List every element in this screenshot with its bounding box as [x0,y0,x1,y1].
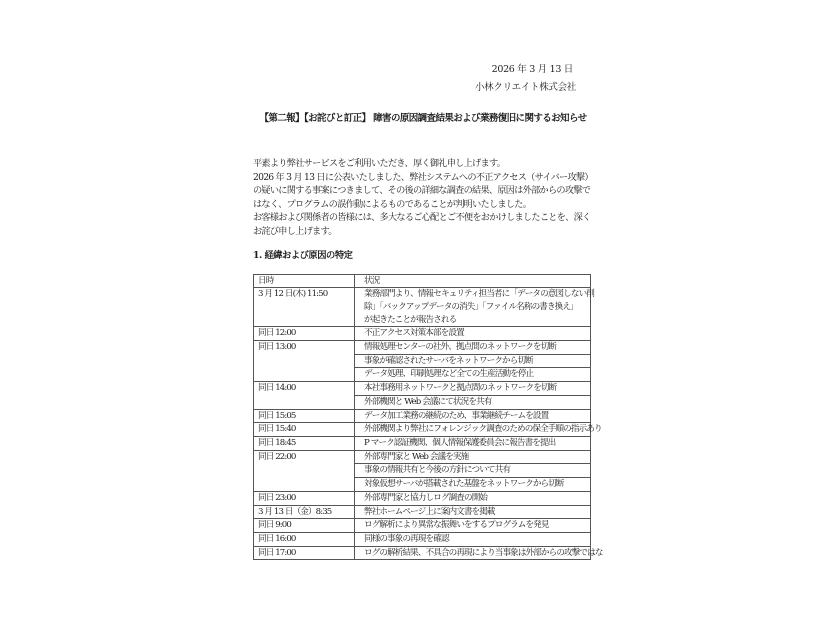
document-page: 2026 年 3 月 13 日 小林クリエイト株式会社 【第二報】【お詫びと訂正… [0,0,826,620]
body-line: お詫び申し上げます。 [253,225,593,239]
status-cell: 情報処理センターの社外、拠点間のネットワークを切断 [355,341,591,355]
body-paragraph: 平素より弊社サービスをご利用いただき、厚く御礼申し上げます。 2026 年 3 … [253,157,593,239]
body-line: 平素より弊社サービスをご利用いただき、厚く御礼申し上げます。 [253,157,593,171]
time-cell: 同日 15:40 [254,423,355,437]
status-line: 業務部門より、情報セキュリティ担当者に「データの意図しない削 [364,288,588,301]
table-row: 同日 15:05データ加工業務の継続のため、事業継続チームを設置 [254,409,591,423]
table-row: 同日 14:00本社事務用ネットワークと拠点間のネットワークを切断 [254,382,591,396]
time-cell: 同日 23:00 [254,491,355,505]
header-cell-datetime: 日時 [254,274,355,288]
time-cell: 同日 15:05 [254,409,355,423]
time-cell: 同日 16:00 [254,532,355,546]
table-row: 同日 12:00不正アクセス対策本部を設置 [254,327,591,341]
table-row: 3 月 13 日（金）8:35弊社ホームページ上に案内文書を掲載 [254,505,591,519]
timeline-table: 日時 状況 3 月 12 日(木) 11:50業務部門より、情報セキュリティ担当… [253,274,591,561]
body-line: お客様および関係者の皆様には、多大なるご心配とご不便をおかけしましたことを、深く [253,211,593,225]
document-date: 2026 年 3 月 13 日 [253,0,593,79]
time-cell: 同日 9:00 [254,519,355,533]
time-cell: 同日 13:00 [254,341,355,382]
status-cell: P マーク認証機関、個人情報保護委員会に報告書を提出 [355,437,591,451]
table-row: 同日 22:00外部専門家と Web 会議を実施 [254,450,591,464]
status-cell: 外部専門家と協力しログ調査の開始 [355,491,591,505]
table-row: 同日 18:45P マーク認証機関、個人情報保護委員会に報告書を提出 [254,437,591,451]
section-heading: 1. 経緯および原因の特定 [253,247,593,261]
table-row: 同日 17:00ログの解析結果、不具合の再現により当事象は外部からの攻撃ではな [254,546,591,560]
status-cell: 外部機関と Web 会議にて状況を共有 [355,395,591,409]
time-cell: 同日 22:00 [254,450,355,491]
document-title: 【第二報】【お詫びと訂正】 障害の原因調査結果および業務復旧に関するお知らせ [253,110,593,124]
status-cell: ログ解析により異常な振舞いをするプログラムを発見 [355,519,591,533]
status-cell: 事象が確認されたサーバをネットワークから切断 [355,354,591,368]
time-cell: 同日 12:00 [254,327,355,341]
status-cell: 外部機関より弊社にフォレンジック調査のための保全手順の指示あり [355,423,591,437]
status-cell: ログの解析結果、不具合の再現により当事象は外部からの攻撃ではな [355,546,591,560]
status-line: が起きたことが報告される [364,314,588,327]
status-line: 除」「バックアップデータの消失」「ファイル名称の書き換え」 [364,301,588,314]
document-content: 2026 年 3 月 13 日 小林クリエイト株式会社 【第二報】【お詫びと訂正… [253,0,593,560]
header-cell-status: 状況 [355,274,591,288]
time-cell: 3 月 12 日(木) 11:50 [254,288,355,327]
status-cell: 不正アクセス対策本部を設置 [355,327,591,341]
table-header-row: 日時 状況 [254,274,591,288]
status-cell: データ加工業務の継続のため、事業継続チームを設置 [355,409,591,423]
time-cell: 3 月 13 日（金）8:35 [254,505,355,519]
body-line: はなく、プログラムの誤作動によるものであることが判明いたしました。 [253,198,593,212]
document-meta: 2026 年 3 月 13 日 小林クリエイト株式会社 [253,0,593,97]
time-cell: 同日 14:00 [254,382,355,409]
status-cell: 対象仮想サーバが搭載された基盤をネットワークから切断 [355,478,591,492]
status-cell: 事象の情報共有と今後の方針について共有 [355,464,591,478]
table-row: 同日 16:00同様の事象の再現を確認 [254,532,591,546]
status-cell: データ処理、印刷処理など全ての生産活動を停止 [355,368,591,382]
table-row: 同日 15:40外部機関より弊社にフォレンジック調査のための保全手順の指示あり [254,423,591,437]
body-line: の疑いに関する事案につきまして、その後の詳細な調査の結果、原因は外部からの攻撃で [253,184,593,198]
time-cell: 同日 18:45 [254,437,355,451]
status-cell: 同様の事象の再現を確認 [355,532,591,546]
body-line: 2026 年 3 月 13 日に公表いたしました、弊社システムへの不正アクセス（… [253,171,593,185]
timeline-table-body: 3 月 12 日(木) 11:50業務部門より、情報セキュリティ担当者に「データ… [254,288,591,560]
table-row: 同日 23:00外部専門家と協力しログ調査の開始 [254,491,591,505]
status-cell: 弊社ホームページ上に案内文書を掲載 [355,505,591,519]
table-row: 同日 13:00情報処理センターの社外、拠点間のネットワークを切断 [254,341,591,355]
status-cell: 外部専門家と Web 会議を実施 [355,450,591,464]
status-cell: 本社事務用ネットワークと拠点間のネットワークを切断 [355,382,591,396]
status-cell: 業務部門より、情報セキュリティ担当者に「データの意図しない削除」「バックアップデ… [355,288,591,327]
table-row: 同日 9:00ログ解析により異常な振舞いをするプログラムを発見 [254,519,591,533]
time-cell: 同日 17:00 [254,546,355,560]
table-row: 3 月 12 日(木) 11:50業務部門より、情報セキュリティ担当者に「データ… [254,288,591,327]
company-name: 小林クリエイト株式会社 [253,79,593,97]
